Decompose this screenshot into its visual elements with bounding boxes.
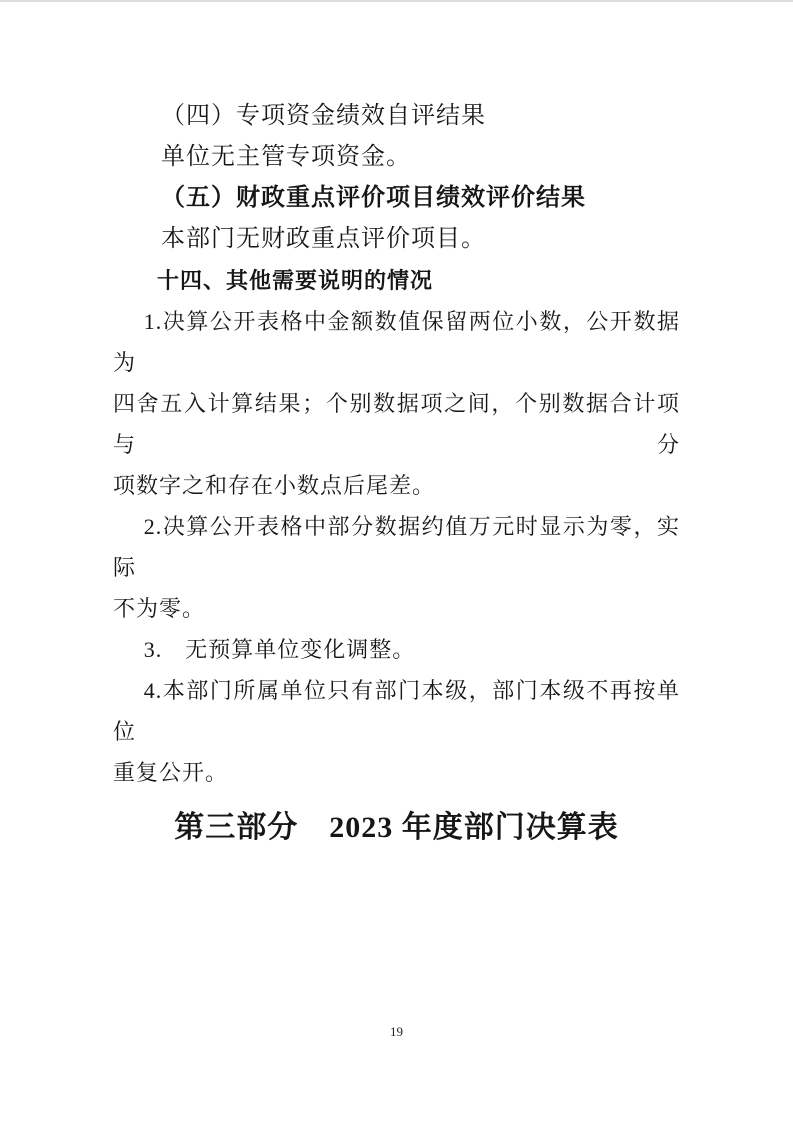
section-4-body: 单位无主管专项资金。 bbox=[113, 137, 680, 178]
note-1-line-3: 项数字之和存在小数点后尾差。 bbox=[113, 465, 680, 506]
note-1-line-2: 四舍五入计算结果；个别数据项之间，个别数据合计项与分 bbox=[113, 383, 680, 465]
document-page: （四）专项资金绩效自评结果 单位无主管专项资金。 （五）财政重点评价项目绩效评价… bbox=[0, 0, 793, 1122]
note-4-line-1: 4.本部门所属单位只有部门本级，部门本级不再按单位 bbox=[113, 670, 680, 752]
part-3-title: 第三部分 2023 年度部门决算表 bbox=[113, 803, 680, 853]
note-3-line-1: 3. 无预算单位变化调整。 bbox=[113, 629, 680, 670]
note-2-line-1: 2.决算公开表格中部分数据约值万元时显示为零，实际 bbox=[113, 506, 680, 588]
note-2-line-2: 不为零。 bbox=[113, 588, 680, 629]
note-4-line-2: 重复公开。 bbox=[113, 752, 680, 793]
page-number: 19 bbox=[0, 1024, 793, 1040]
section-5-body: 本部门无财政重点评价项目。 bbox=[113, 219, 680, 260]
section-5-heading: （五）财政重点评价项目绩效评价结果 bbox=[113, 178, 680, 219]
note-1-line-1: 1.决算公开表格中金额数值保留两位小数，公开数据为 bbox=[113, 301, 680, 383]
section-14-heading: 十四、其他需要说明的情况 bbox=[113, 260, 680, 301]
section-4-heading: （四）专项资金绩效自评结果 bbox=[113, 96, 680, 137]
